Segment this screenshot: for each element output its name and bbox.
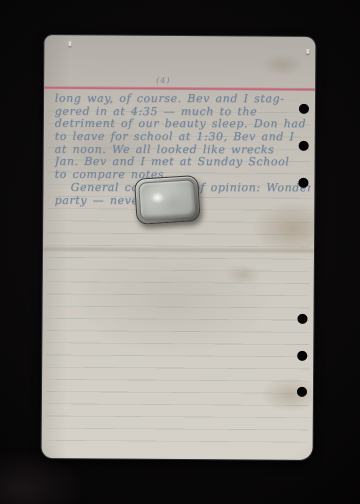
metal-plaque — [134, 175, 201, 225]
handwritten-line: to leave for school at 1:30, Bev and I — [55, 131, 311, 144]
punch-hole — [297, 314, 307, 324]
handwritten-line: Jan. Bev and I met at Sunday School — [55, 156, 311, 169]
punch-hole — [298, 178, 308, 188]
punch-hole — [299, 104, 309, 114]
punch-hole — [297, 351, 307, 361]
handwritten-line: detriment of our beauty sleep. Don had — [55, 118, 311, 131]
punch-hole — [299, 141, 309, 151]
diary-page: (4) long way, of course. Bev and I stag-… — [42, 35, 316, 460]
metal-plaque-face — [138, 179, 196, 220]
staple-mark-right — [306, 49, 309, 54]
page-number: (4) — [156, 77, 170, 85]
handwritten-line: at noon. We all looked like wrecks — [55, 144, 311, 157]
photo-background: (4) long way, of course. Bev and I stag-… — [0, 0, 360, 504]
handwritten-line: gered in at 4:35 — much to the — [55, 105, 311, 118]
pink-margin-line — [44, 86, 315, 91]
handwritten-line: long way, of course. Bev and I stag- — [55, 93, 311, 106]
punch-hole — [297, 387, 307, 397]
staple-mark-left — [68, 41, 71, 46]
